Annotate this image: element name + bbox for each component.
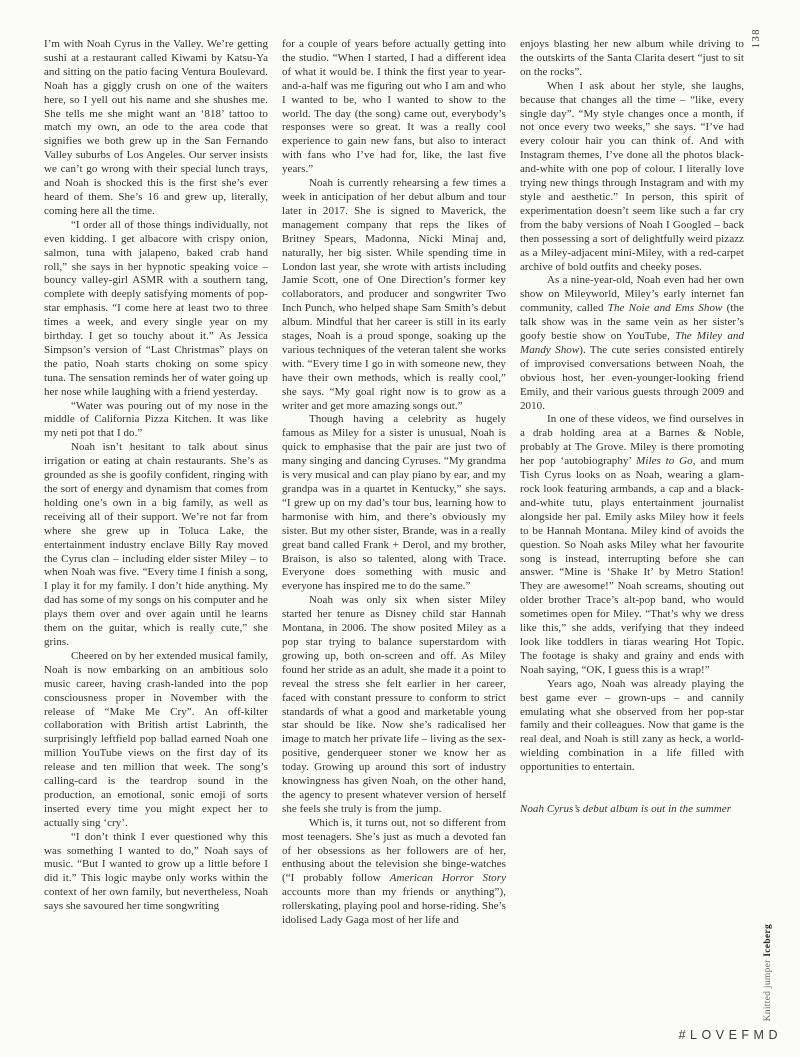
article-paragraph: Noah is currently rehearsing a few times…	[282, 177, 506, 413]
article-paragraph: Though having a celebrity as hugely famo…	[282, 413, 506, 594]
article-paragraph: enjoys blasting her new album while driv…	[520, 38, 744, 80]
article-paragraph: for a couple of years before actually ge…	[282, 38, 506, 177]
article-paragraph: As a nine-year-old, Noah even had her ow…	[520, 274, 744, 413]
article-footer-note: Noah Cyrus’s debut album is out in the s…	[520, 803, 744, 817]
magazine-page: I’m with Noah Cyrus in the Valley. We’re…	[0, 0, 800, 1057]
article-paragraph: I’m with Noah Cyrus in the Valley. We’re…	[44, 38, 268, 219]
article-column-3: enjoys blasting her new album while driv…	[520, 38, 744, 928]
article-paragraph: When I ask about her style, she laughs, …	[520, 80, 744, 275]
article-column-1: I’m with Noah Cyrus in the Valley. We’re…	[44, 38, 268, 928]
article-paragraph: Which is, it turns out, not so different…	[282, 817, 506, 928]
credit-label: Knitted jumper	[763, 956, 773, 1021]
credit-brand: Iceberg	[763, 924, 773, 957]
article-paragraph: Years ago, Noah was already playing the …	[520, 678, 744, 775]
article-column-2: for a couple of years before actually ge…	[282, 38, 506, 928]
article-body: I’m with Noah Cyrus in the Valley. We’re…	[44, 38, 746, 928]
article-paragraph: “I order all of those things individuall…	[44, 219, 268, 400]
article-paragraph: “I don’t think I ever questioned why thi…	[44, 831, 268, 914]
article-paragraph: “Water was pouring out of my nose in the…	[44, 400, 268, 442]
magazine-hashtag: #LOVEFMD	[679, 1028, 782, 1042]
article-paragraph: Noah was only six when sister Miley star…	[282, 594, 506, 817]
page-number: 138	[751, 28, 762, 48]
article-paragraph: Cheered on by her extended musical famil…	[44, 650, 268, 831]
article-paragraph: In one of these videos, we find ourselve…	[520, 413, 744, 677]
fashion-credit: Knitted jumper Iceberg	[763, 924, 773, 1021]
article-paragraph: Noah isn’t hesitant to talk about sinus …	[44, 441, 268, 650]
